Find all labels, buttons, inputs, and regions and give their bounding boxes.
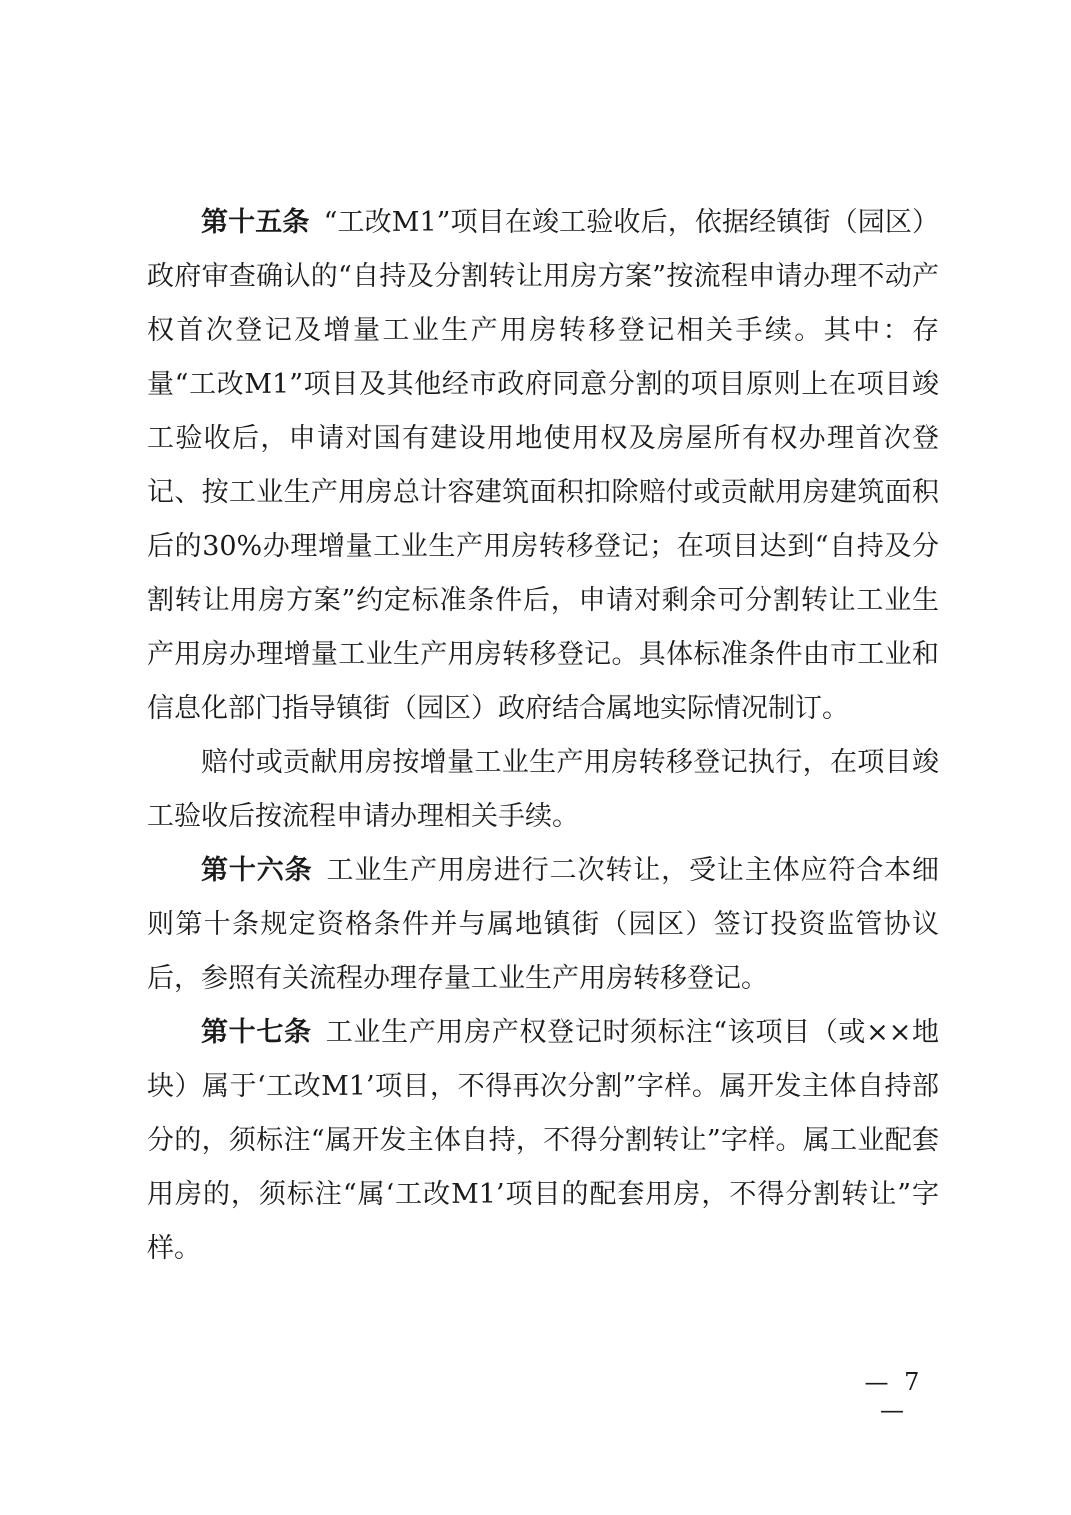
compensation-housing-text: 赔付或贡献用房按增量工业生产用房转移登记执行，在项目竣工验收后按流程申请办理相关… [147, 747, 939, 832]
article-15-paragraph: 第十五条“工改M1”项目在竣工验收后，依据经镇街（园区）政府审查确认的“自持及分… [147, 196, 939, 736]
article-17-heading: 第十七条 [201, 1017, 312, 1048]
article-17-text: 工业生产用房产权登记时须标注“该项目（或××地块）属于‘工改M1’项目，不得再次… [147, 1017, 939, 1264]
article-15-text: “工改M1”项目在竣工验收后，依据经镇街（园区）政府审查确认的“自持及分割转让用… [147, 207, 939, 724]
compensation-housing-paragraph: 赔付或贡献用房按增量工业生产用房转移登记执行，在项目竣工验收后按流程申请办理相关… [147, 736, 939, 844]
article-16-paragraph: 第十六条工业生产用房进行二次转让，受让主体应符合本细则第十条规定资格条件并与属地… [147, 844, 939, 1006]
page-number: — 7 — [846, 1368, 942, 1424]
article-17-paragraph: 第十七条工业生产用房产权登记时须标注“该项目（或××地块）属于‘工改M1’项目，… [147, 1006, 939, 1276]
article-16-heading: 第十六条 [201, 855, 313, 886]
document-body: 第十五条“工改M1”项目在竣工验收后，依据经镇街（园区）政府审查确认的“自持及分… [147, 196, 939, 1276]
article-15-heading: 第十五条 [201, 207, 310, 238]
